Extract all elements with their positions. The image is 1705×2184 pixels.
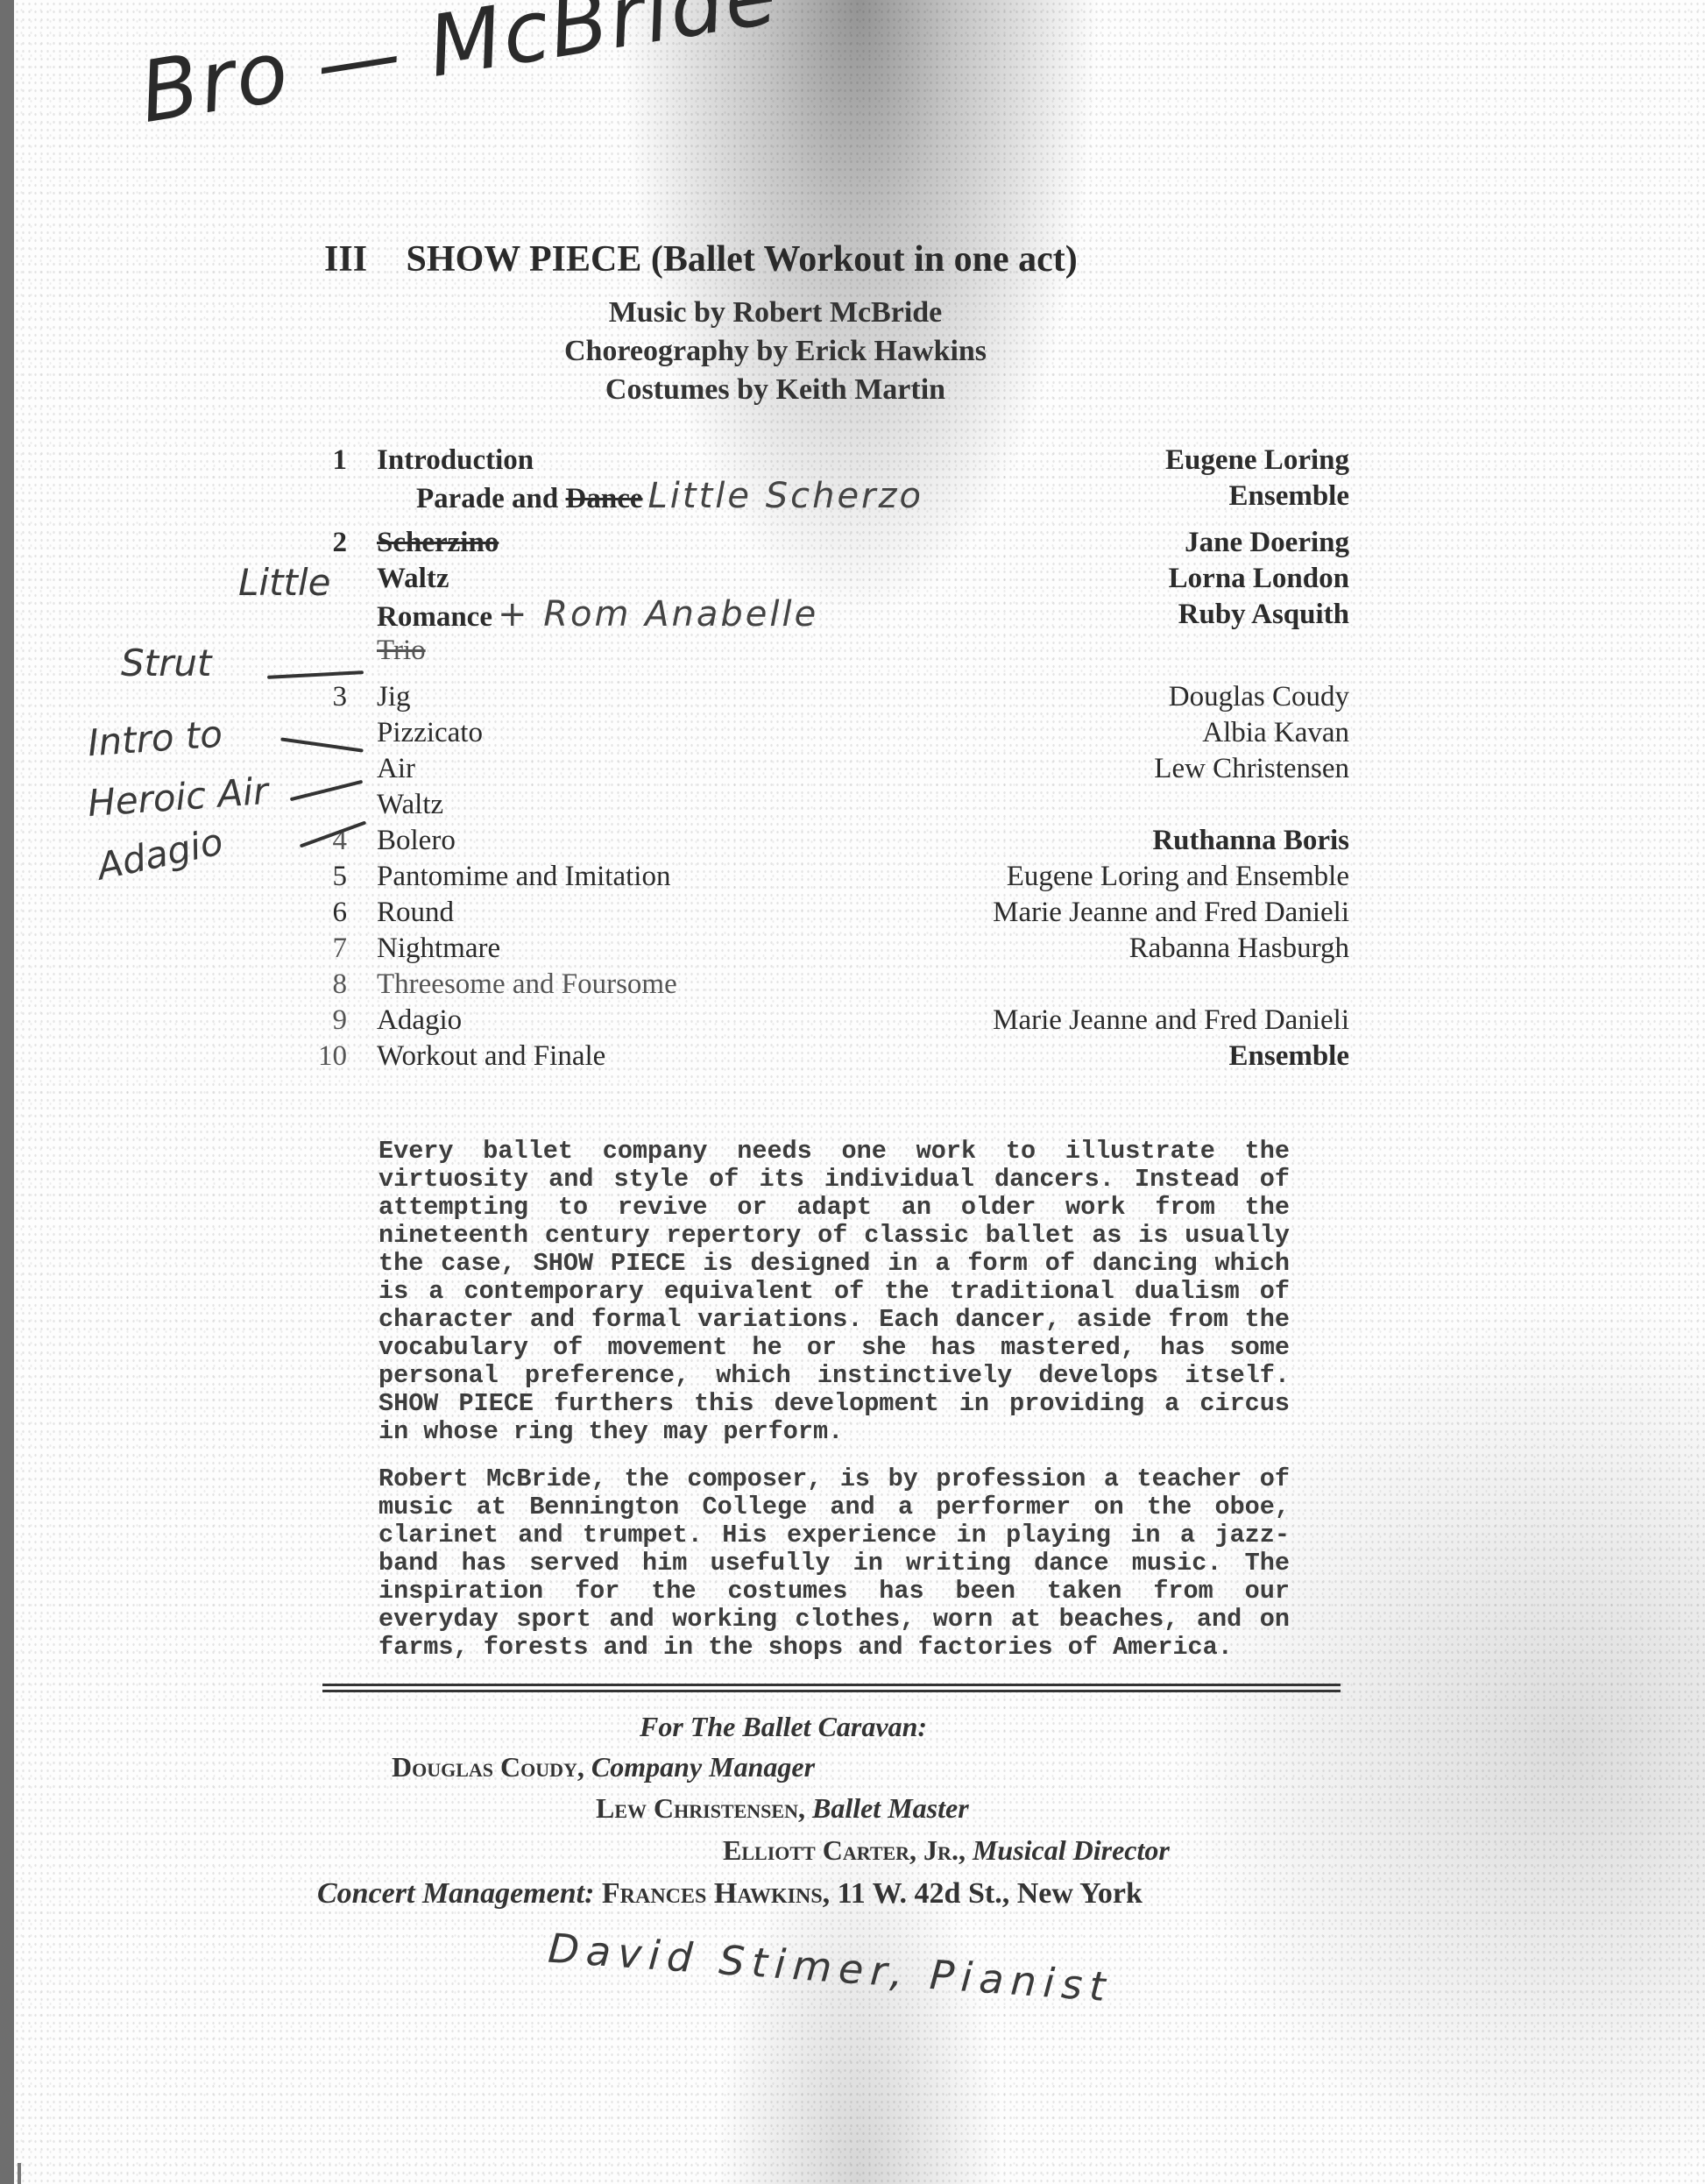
composer-paragraph: Robert McBride, the composer, is by prof… bbox=[378, 1465, 1290, 1662]
choreography-credit: Choreography by Erick Hawkins bbox=[491, 332, 1060, 371]
handwritten-little: Little bbox=[238, 561, 331, 604]
program-row: Air Lew Christensen bbox=[315, 751, 1349, 787]
program-row: Pizzicato Albia Kavan bbox=[315, 715, 1349, 751]
program-row: 4 Bolero Ruthanna Boris bbox=[315, 823, 1349, 859]
staff-line: Lew Christensen, Ballet Master bbox=[596, 1792, 969, 1825]
divider bbox=[322, 1690, 1341, 1692]
program-row: Waltz bbox=[315, 787, 1349, 823]
program-row: 2 Scherzino Jane Doering bbox=[315, 525, 1349, 561]
divider bbox=[322, 1684, 1341, 1686]
program-row: 6 Round Marie Jeanne and Fred Danieli bbox=[315, 895, 1349, 931]
handwritten-addition: + Rom Anabelle bbox=[498, 594, 818, 635]
music-credit: Music by Robert McBride bbox=[491, 294, 1060, 332]
program-row: 1 Introduction Eugene Loring bbox=[315, 443, 1349, 479]
program-row: Waltz Lorna London bbox=[315, 561, 1349, 597]
ballet-title: SHOW PIECE bbox=[407, 239, 642, 280]
program-row: 7 Nightmare Rabanna Hasburgh bbox=[315, 931, 1349, 967]
program-row: 10 Workout and Finale Ensemble bbox=[315, 1039, 1349, 1074]
handwritten-strut: Strut bbox=[121, 642, 211, 684]
program-list: 1 Introduction Eugene Loring Parade and … bbox=[315, 443, 1349, 1074]
program-row: 3 Jig Douglas Coudy bbox=[315, 679, 1349, 715]
staff-line: Douglas Coudy, Company Manager bbox=[392, 1751, 815, 1783]
program-row: Romance+ Rom Anabelle Ruby Asquith bbox=[315, 597, 1349, 633]
scan-mark bbox=[18, 2163, 21, 2184]
program-row: 8 Threesome and Foursome bbox=[315, 967, 1349, 1003]
program-row: Trio bbox=[315, 633, 1349, 669]
page-title: III SHOW PIECE (Ballet Workout in one ac… bbox=[324, 238, 1078, 280]
staff-line: Elliott Carter, Jr., Musical Director bbox=[723, 1834, 1170, 1867]
program-row: 9 Adagio Marie Jeanne and Fred Danieli bbox=[315, 1003, 1349, 1039]
program-row: Parade and DanceLittle Scherzo Ensemble bbox=[315, 479, 1349, 514]
scan-edge bbox=[0, 0, 14, 2184]
concert-management: Concert Management: Frances Hawkins, 11 … bbox=[317, 1877, 1143, 1911]
ballet-subtitle: (Ballet Workout in one act) bbox=[651, 239, 1078, 280]
credits: Music by Robert McBride Choreography by … bbox=[491, 294, 1060, 409]
handwritten-replacement: Little Scherzo bbox=[648, 476, 923, 516]
description-paragraph: Every ballet company needs one work to i… bbox=[378, 1138, 1290, 1446]
section-number: III bbox=[324, 239, 367, 280]
costumes-credit: Costumes by Keith Martin bbox=[491, 371, 1060, 409]
program-row: 5 Pantomime and Imitation Eugene Loring … bbox=[315, 859, 1349, 895]
footer-heading: For The Ballet Caravan: bbox=[640, 1711, 927, 1743]
